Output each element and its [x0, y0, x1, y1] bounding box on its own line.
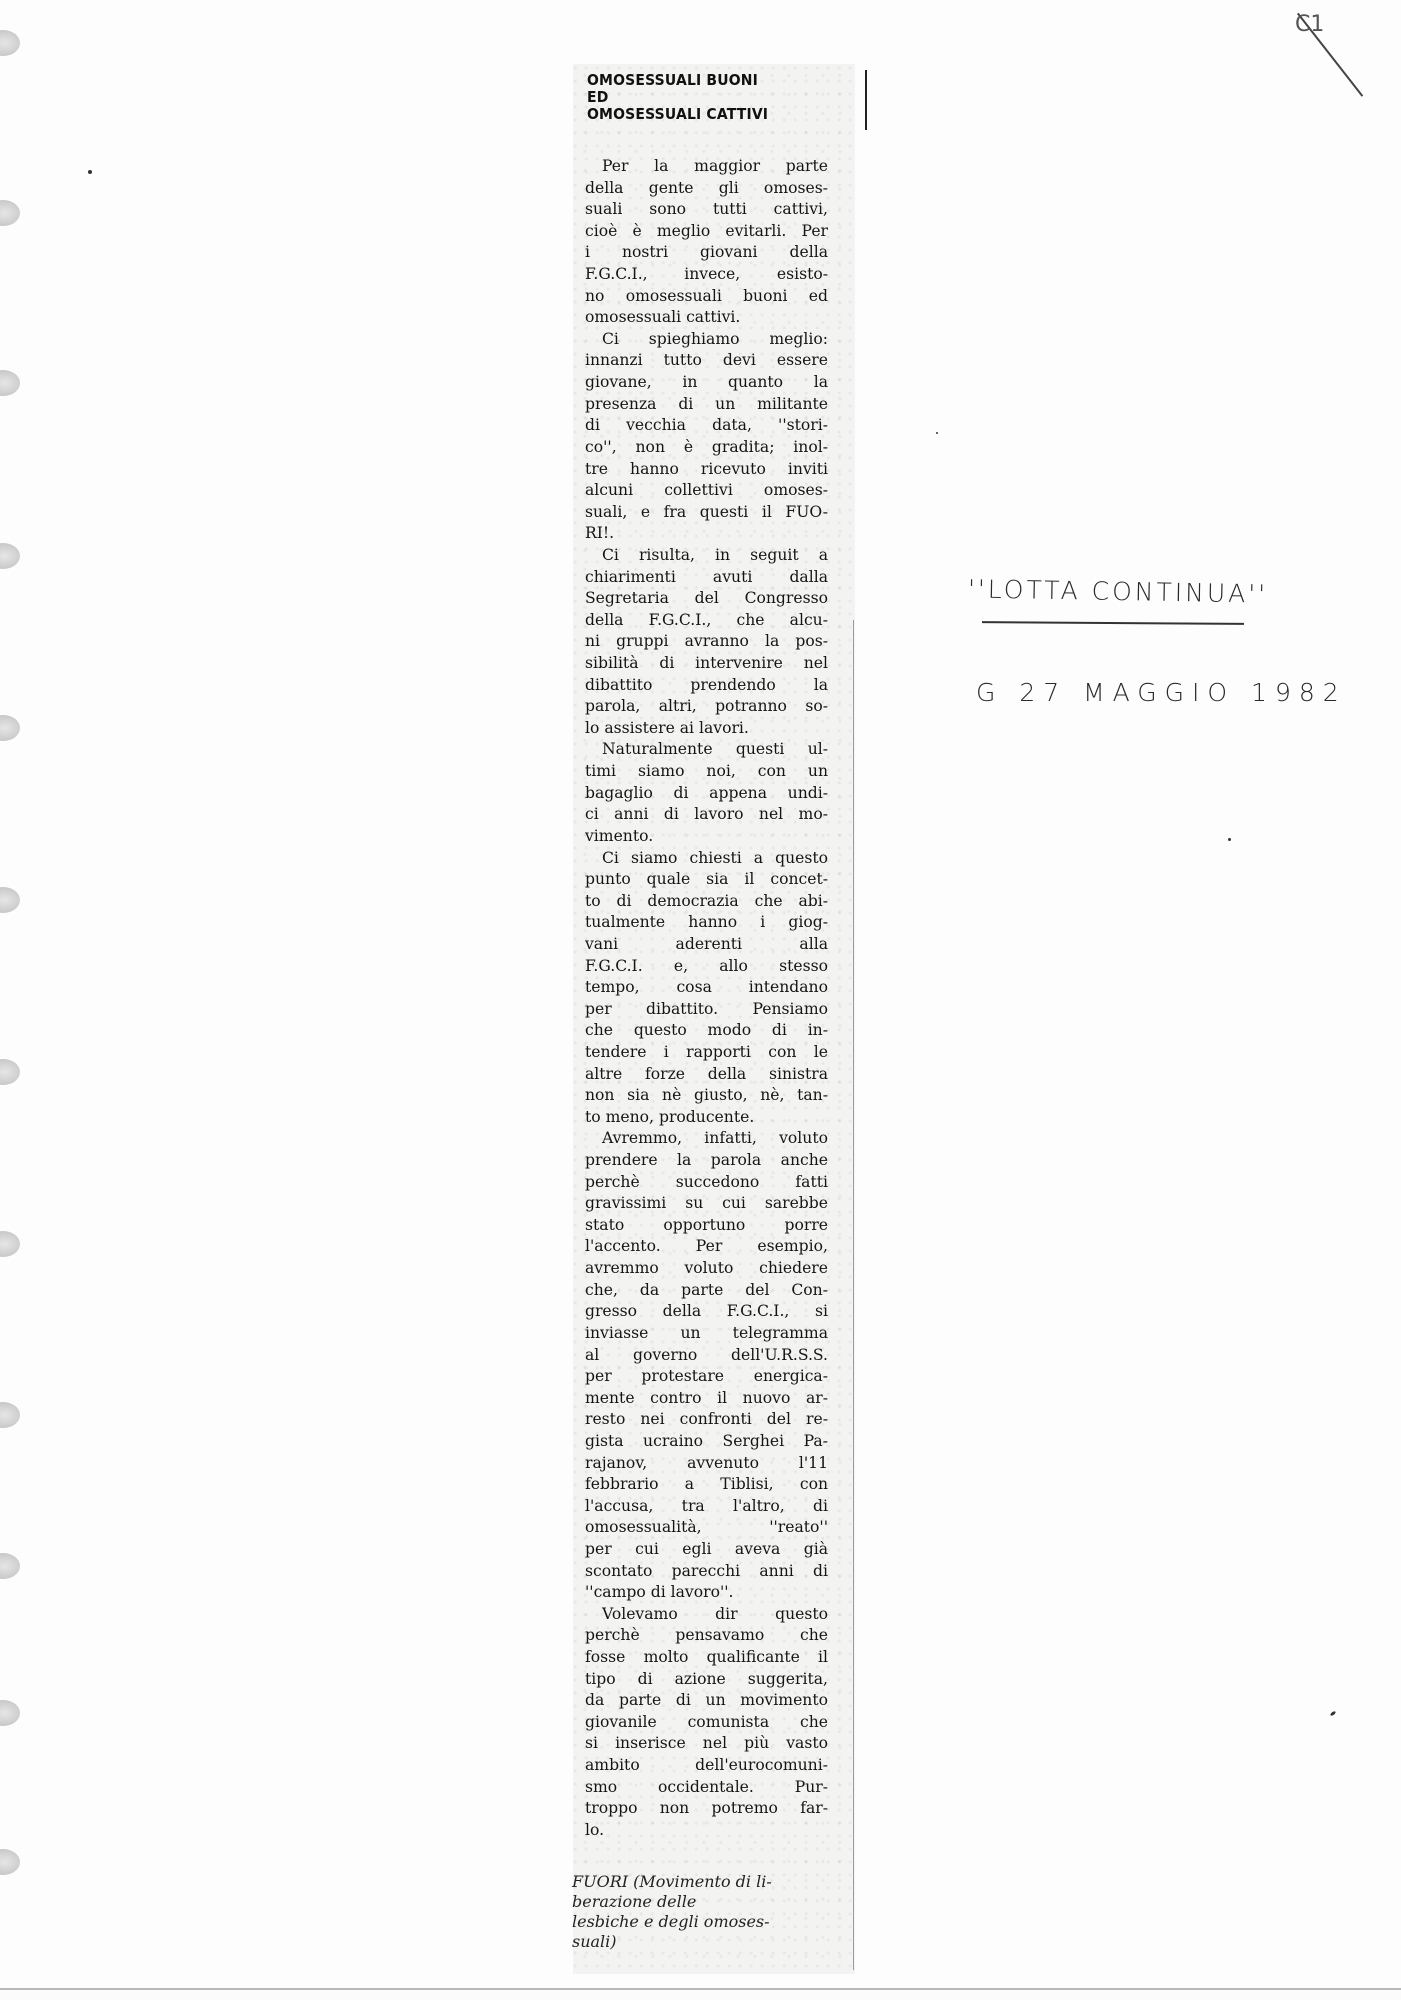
- headline-line: OMOSESSUALI CATTIVI: [587, 106, 821, 123]
- binder-hole: [0, 715, 20, 741]
- article-text-line: resto nei confronti del re-: [585, 1409, 828, 1431]
- article-text-line: perchè pensavamo che: [585, 1625, 828, 1647]
- headline-line: OMOSESSUALI BUONI: [587, 72, 821, 89]
- article-text-line: gresso della F.G.C.I., si: [585, 1301, 828, 1323]
- article-text-line: Segretaria del Congresso: [585, 588, 828, 610]
- article-text-line: tempo, cosa intendano: [585, 977, 828, 999]
- article-text-line: da parte di un movimento: [585, 1690, 828, 1712]
- article-text-line: gista ucraino Serghei Pa-: [585, 1431, 828, 1453]
- article-text-line: lo assistere ai lavori.: [585, 718, 828, 740]
- article-text-line: mente contro il nuovo ar-: [585, 1388, 828, 1410]
- article-text-line: Ci siamo chiesti a questo: [585, 848, 828, 870]
- article-text-line: troppo non potremo far-: [585, 1798, 828, 1820]
- clipping-edge-line: [865, 70, 867, 130]
- article-text-line: ambito dell'eurocomuni-: [585, 1755, 828, 1777]
- article-text-line: presenza di un militante: [585, 394, 828, 416]
- article-text-line: RI!.: [585, 523, 828, 545]
- article-text-line: per protestare energica-: [585, 1366, 828, 1388]
- binder-hole: [0, 200, 20, 226]
- article-text-line: vimento.: [585, 826, 828, 848]
- binder-hole: [0, 887, 20, 913]
- article-text-line: della gente gli omoses-: [585, 178, 828, 200]
- article-text-line: al governo dell'U.R.S.S.: [585, 1345, 828, 1367]
- article-text-line: dibattito prendendo la: [585, 675, 828, 697]
- article-text-line: si inserisce nel più vasto: [585, 1733, 828, 1755]
- article-text-line: l'accento. Per esempio,: [585, 1236, 828, 1258]
- article-text-line: tre hanno ricevuto inviti: [585, 459, 828, 481]
- binder-hole: [0, 370, 20, 396]
- article-text-line: Naturalmente questi ul-: [585, 739, 828, 761]
- article-text-line: altre forze della sinistra: [585, 1064, 828, 1086]
- article-text-line: innanzi tutto devi essere: [585, 350, 828, 372]
- article-text-line: Volevamo dir questo: [585, 1604, 828, 1626]
- ink-scribble: [1330, 1711, 1337, 1717]
- article-text-line: della F.G.C.I., che alcu-: [585, 610, 828, 632]
- article-text-line: gravissimi su cui sarebbe: [585, 1193, 828, 1215]
- binder-hole: [0, 1402, 20, 1428]
- article-text-line: punto quale sia il concet-: [585, 869, 828, 891]
- scanned-page: OMOSESSUALI BUONI ED OMOSESSUALI CATTIVI…: [0, 0, 1401, 1990]
- article-text-line: perchè succedono fatti: [585, 1172, 828, 1194]
- binder-hole: [0, 1059, 20, 1085]
- binder-hole: [0, 30, 20, 56]
- clipping-edge-line: [853, 620, 854, 1970]
- article-text-line: Ci risulta, in seguit a: [585, 545, 828, 567]
- article-text-line: fosse molto qualificante il: [585, 1647, 828, 1669]
- article-signature: FUORI (Movimento di li- berazione delle …: [572, 1872, 832, 1952]
- article-text-line: suali, e fra questi il FUO-: [585, 502, 828, 524]
- signature-line: suali): [572, 1932, 832, 1952]
- article-text-line: omosessuali cattivi.: [585, 307, 828, 329]
- article-text-line: tualmente hanno i giog-: [585, 912, 828, 934]
- binder-hole: [0, 1849, 20, 1875]
- article-text-line: lo.: [585, 1820, 828, 1842]
- handwritten-corner-mark: C1: [1295, 12, 1324, 37]
- article-text-line: no omosessuali buoni ed: [585, 286, 828, 308]
- article-text-line: scontato parecchi anni di: [585, 1561, 828, 1583]
- article-text-line: co'', non è gradita; inol-: [585, 437, 828, 459]
- article-text-line: F.G.C.I. e, allo stesso: [585, 956, 828, 978]
- article-text-line: bagaglio di appena undi-: [585, 783, 828, 805]
- article-text-line: stato opportuno porre: [585, 1215, 828, 1237]
- article-text-line: ''campo di lavoro''.: [585, 1582, 828, 1604]
- handwritten-underline: [982, 621, 1244, 625]
- article-text-line: non sia nè giusto, nè, tan-: [585, 1085, 828, 1107]
- article-text-line: parola, altri, potranno so-: [585, 696, 828, 718]
- binder-hole: [0, 543, 20, 569]
- binder-hole: [0, 1700, 20, 1726]
- article-text-line: ci anni di lavoro nel mo-: [585, 804, 828, 826]
- article-text-line: sibilità di intervenire nel: [585, 653, 828, 675]
- article-text-line: tendere i rapporti con le: [585, 1042, 828, 1064]
- article-text-line: timi siamo noi, con un: [585, 761, 828, 783]
- handwritten-date-note: G 27 MAGGIO 1982: [976, 678, 1347, 707]
- ink-speck: [1228, 838, 1231, 841]
- handwritten-source-note: ''LOTTA CONTINUA'': [968, 574, 1268, 608]
- binder-hole: [0, 1553, 20, 1579]
- article-text-line: febbrario a Tiblisi, con: [585, 1474, 828, 1496]
- article-text-line: alcuni collettivi omoses-: [585, 480, 828, 502]
- article-text-line: omosessualità, ''reato'': [585, 1517, 828, 1539]
- article-text-line: inviasse un telegramma: [585, 1323, 828, 1345]
- signature-line: FUORI (Movimento di li-: [572, 1872, 832, 1892]
- article-text-line: i nostri giovani della: [585, 242, 828, 264]
- article-text-line: chiarimenti avuti dalla: [585, 567, 828, 589]
- article-text-line: avremmo voluto chiedere: [585, 1258, 828, 1280]
- article-text-line: to meno, producente.: [585, 1107, 828, 1129]
- article-text-line: prendere la parola anche: [585, 1150, 828, 1172]
- article-text-line: to di democrazia che abi-: [585, 891, 828, 913]
- article-text-line: per dibattito. Pensiamo: [585, 999, 828, 1021]
- article-text-line: che, da parte del Con-: [585, 1280, 828, 1302]
- signature-line: berazione delle: [572, 1892, 832, 1912]
- article-headline: OMOSESSUALI BUONI ED OMOSESSUALI CATTIVI: [587, 72, 821, 123]
- article-text-line: suali sono tutti cattivi,: [585, 199, 828, 221]
- article-text-line: cioè è meglio evitarli. Per: [585, 221, 828, 243]
- headline-line: ED: [587, 89, 821, 106]
- article-body: Per la maggior partedella gente gli omos…: [585, 156, 828, 1842]
- ink-speck: [936, 432, 938, 434]
- article-text-line: Per la maggior parte: [585, 156, 828, 178]
- article-text-line: Avremmo, infatti, voluto: [585, 1128, 828, 1150]
- binder-hole: [0, 1231, 20, 1257]
- article-text-line: di vecchia data, ''stori-: [585, 415, 828, 437]
- article-text-line: F.G.C.I., invece, esisto-: [585, 264, 828, 286]
- signature-line: lesbiche e degli omoses-: [572, 1912, 832, 1932]
- article-text-line: giovanile comunista che: [585, 1712, 828, 1734]
- ink-speck: [88, 170, 92, 174]
- article-text-line: che questo modo di in-: [585, 1020, 828, 1042]
- article-text-line: per cui egli aveva già: [585, 1539, 828, 1561]
- article-text-line: giovane, in quanto la: [585, 372, 828, 394]
- article-text-line: smo occidentale. Pur-: [585, 1777, 828, 1799]
- article-text-line: Ci spieghiamo meglio:: [585, 329, 828, 351]
- article-text-line: tipo di azione suggerita,: [585, 1669, 828, 1691]
- article-text-line: rajanov, avvenuto l'11: [585, 1453, 828, 1475]
- article-text-line: l'accusa, tra l'altro, di: [585, 1496, 828, 1518]
- article-text-line: vani aderenti alla: [585, 934, 828, 956]
- article-text-line: ni gruppi avranno la pos-: [585, 631, 828, 653]
